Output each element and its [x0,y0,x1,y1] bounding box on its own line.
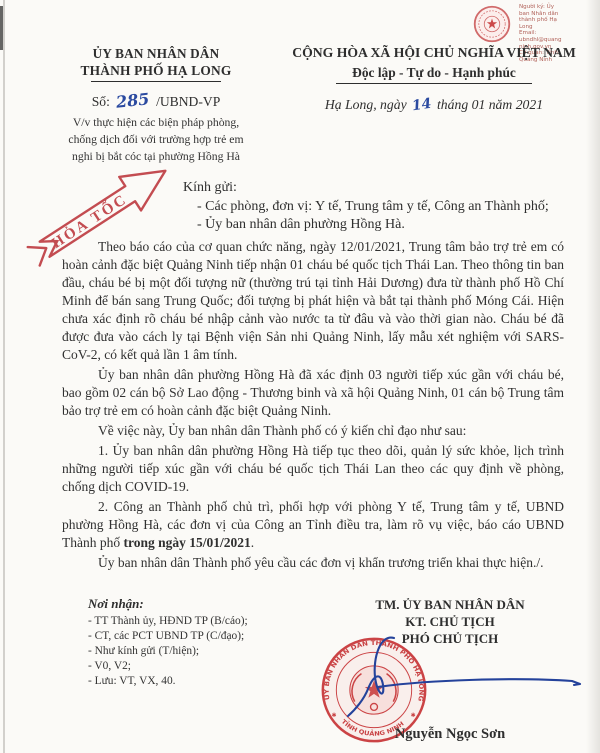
issuer-name-line1: ỦY BAN NHÂN DÂN [32,46,280,62]
recipients-block: Kính gửi: - Các phòng, đơn vị: Y tế, Tru… [183,179,583,235]
dsig-line: Long [519,24,587,31]
distribution-list-block: Nơi nhận: - TT Thành ủy, HĐND TP (B/cáo)… [88,596,306,689]
issuer-name-line2: THÀNH PHỐ HẠ LONG [32,62,280,79]
directive-2-deadline: trong ngày 15/01/2021 [124,535,251,550]
distribution-item: - CT, các PCT UBND TP (C/đạo); [88,629,306,644]
document-number-line: Số: 285 /UBND-VP [32,91,280,110]
subject-line2: chống dịch đối với trường hợp trẻ em [32,131,280,148]
motto-underline [336,83,532,84]
doc-number-label: Số: [92,94,110,109]
paragraph-directive-intro: Về việc này, Ủy ban nhân dân Thành phố c… [62,422,564,440]
distribution-item: - Lưu: VT, VX, 40. [88,674,306,689]
signature-authority: TM. ỦY BAN NHÂN DÂN [310,596,590,613]
dsig-line: thành phố Hạ [519,17,587,24]
recipient-item: - Ủy ban nhân dân phường Hồng Hà. [197,216,583,235]
signature-title-1: KT. CHỦ TỊCH [310,613,590,630]
national-name: CỘNG HÒA XÃ HỘI CHỦ NGHĨA VIỆT NAM [283,44,585,61]
paragraph-report: Theo báo cáo của cơ quan chức năng, ngày… [62,238,564,364]
signer-name: Nguyễn Ngọc Sơn [310,726,590,743]
dateline-prefix: Hạ Long, ngày [325,97,407,112]
header-underline [91,81,221,82]
document-page: Người ký: Ủy ban Nhân dân thành phố Hạ L… [0,0,600,753]
doc-number-suffix: /UBND-VP [156,94,220,109]
distribution-item: - Như kính gửi (T/hiện); [88,644,306,659]
dsig-line: Email: [519,30,587,37]
paragraph-directive-2: 2. Công an Thành phố chủ trì, phối hợp v… [62,498,564,552]
paragraph-directive-1: 1. Ủy ban nhân dân phường Hồng Hà tiếp t… [62,442,564,496]
recipients-list: - Các phòng, đơn vị: Y tế, Trung tâm y t… [197,198,583,235]
place-date-line: Hạ Long, ngày 14 tháng 01 năm 2021 [283,97,585,113]
date-day-handwritten: 14 [411,96,433,115]
national-header-block: CỘNG HÒA XÃ HỘI CHỦ NGHĨA VIỆT NAM Độc l… [283,44,585,113]
distribution-item: - TT Thành ủy, HĐND TP (B/cáo); [88,614,306,629]
dsig-line: Người ký: Ủy [519,4,587,11]
distribution-item: - V0, V2; [88,659,306,674]
distribution-items: - TT Thành ủy, HĐND TP (B/cáo); - CT, cá… [88,614,306,689]
paragraph-contacts: Ủy ban nhân dân phường Hồng Hà đã xác đị… [62,366,564,420]
dsig-line: ubndhl@quang [519,37,587,44]
page-edge-line [3,0,5,753]
recipient-item: - Các phòng, đơn vị: Y tế, Trung tâm y t… [197,198,583,217]
seal-separator-star: ✱ [332,712,337,719]
subject-line1: V/v thực hiện các biện pháp phòng, [32,114,280,131]
distribution-label: Nơi nhận: [88,596,306,612]
salutation: Kính gửi: [183,179,583,198]
scan-artifact [0,6,3,50]
doc-number-handwritten: 285 [115,89,150,111]
directive-2-period: . [251,535,254,550]
document-body: Theo báo cáo của cơ quan chức năng, ngày… [62,238,564,574]
paragraph-closing: Ủy ban nhân dân Thành phố yêu cầu các đơ… [62,554,564,572]
mini-seal-icon [472,4,512,44]
national-motto: Độc lập - Tự do - Hạnh phúc [283,64,585,81]
dateline-suffix: tháng 01 năm 2021 [437,97,543,112]
handwritten-signature [338,630,590,726]
signature-block: TM. ỦY BAN NHÂN DÂN KT. CHỦ TỊCH PHÓ CHỦ… [310,596,590,647]
